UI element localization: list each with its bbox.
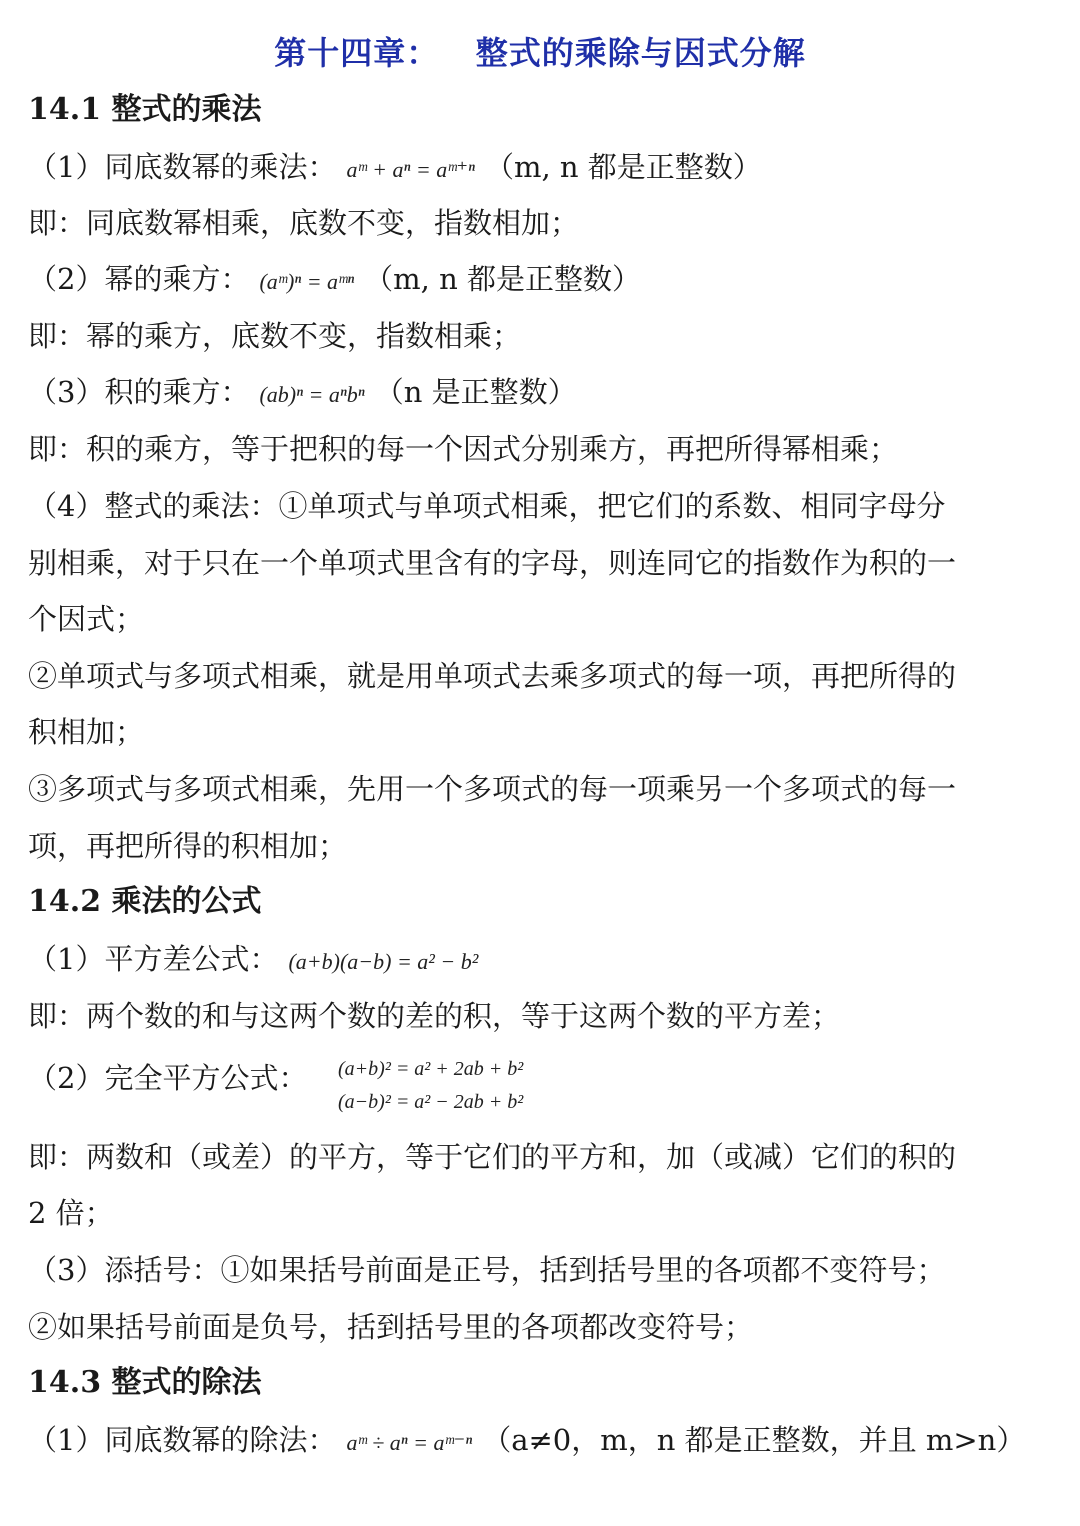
rule-3-line: （3）积的乘方：(ab)ⁿ = aⁿbⁿ（n 是正整数） xyxy=(28,372,1056,415)
paragraph-line: 别相乘，对于只在一个单项式里含有的字母，则连同它的指数作为积的一 xyxy=(28,543,1056,583)
paragraph-line: （4）整式的乘法：①单项式与单项式相乘，把它们的系数、相同字母分 xyxy=(28,486,1056,526)
section-heading-14-3: 14.3 整式的除法 xyxy=(28,1363,1056,1403)
paragraph-line: ③多项式与多项式相乘，先用一个多项式的每一项乘另一个多项式的每一 xyxy=(28,769,1056,809)
rule-difference-of-squares: （1）平方差公式：(a+b)(a−b) = a² − b² xyxy=(28,939,1056,982)
rule-note: （m, n 都是正整数） xyxy=(364,262,641,296)
section-heading-14-2: 14.2 乘法的公式 xyxy=(28,882,1056,922)
formula-square-of-difference: (a−b)² = a² − 2ab + b² xyxy=(338,1086,523,1119)
rule-label: （3）积的乘方： xyxy=(28,375,249,409)
explanation-line: 即：同底数幂相乘，底数不变，指数相加； xyxy=(28,203,1056,243)
rule-perfect-square-label: （2）完全平方公式： xyxy=(28,1058,1056,1098)
formula-power-quotient: aᵐ ÷ aⁿ = aᵐ⁻ⁿ xyxy=(346,1430,472,1455)
explanation-line: 2 倍； xyxy=(28,1193,1056,1233)
document-page: 第十四章： 整式的乘除与因式分解 14.1 整式的乘法 （1）同底数幂的乘法：a… xyxy=(0,0,1080,1526)
rule-label: （2）幂的乘方： xyxy=(28,262,249,296)
rule-label: （1）平方差公式： xyxy=(28,942,278,976)
explanation-line: 即：积的乘方，等于把积的每一个因式分别乘方，再把所得幂相乘； xyxy=(28,429,1056,469)
explanation-line: 即：幂的乘方，底数不变，指数相乘； xyxy=(28,316,1056,356)
rule-division-line: （1）同底数幂的除法：aᵐ ÷ aⁿ = aᵐ⁻ⁿ（a≠0，m，n 都是正整数，… xyxy=(28,1420,1056,1463)
section-heading-14-1: 14.1 整式的乘法 xyxy=(28,90,1056,130)
formula-power-of-power: (aᵐ)ⁿ = aᵐⁿ xyxy=(259,269,354,294)
paragraph-line: ②单项式与多项式相乘，就是用单项式去乘多项式的每一项，再把所得的 xyxy=(28,656,1056,696)
formula-difference-of-squares: (a+b)(a−b) = a² − b² xyxy=(288,949,478,974)
paragraph-line: 项，再把所得的积相加； xyxy=(28,826,1056,866)
paragraph-line: 积相加； xyxy=(28,712,1056,752)
explanation-line: 即：两个数的和与这两个数的差的积，等于这两个数的平方差； xyxy=(28,996,1056,1036)
rule-label: （1）同底数幂的除法： xyxy=(28,1423,336,1457)
paragraph-line: 个因式； xyxy=(28,599,1056,639)
rule-label: （1）同底数幂的乘法： xyxy=(28,150,336,184)
formula-square-of-sum: (a+b)² = a² + 2ab + b² xyxy=(338,1053,523,1086)
rule-1-line: （1）同底数幂的乘法：aᵐ + aⁿ = aᵐ⁺ⁿ（m, n 都是正整数） xyxy=(28,147,1056,190)
rule-note: （a≠0，m，n 都是正整数，并且 m>n） xyxy=(482,1423,1025,1457)
rule-note: （m, n 都是正整数） xyxy=(485,150,762,184)
chapter-title: 第十四章： 整式的乘除与因式分解 xyxy=(0,28,1080,74)
paragraph-line: ②如果括号前面是负号，括到括号里的各项都改变符号； xyxy=(28,1307,1056,1347)
formula-perfect-square-block: (a+b)² = a² + 2ab + b² (a−b)² = a² − 2ab… xyxy=(338,1053,523,1119)
rule-note: （n 是正整数） xyxy=(375,375,577,409)
rule-2-line: （2）幂的乘方：(aᵐ)ⁿ = aᵐⁿ（m, n 都是正整数） xyxy=(28,259,1056,302)
explanation-line: 即：两数和（或差）的平方，等于它们的平方和，加（或减）它们的积的 xyxy=(28,1137,1056,1177)
formula-power-of-product: (ab)ⁿ = aⁿbⁿ xyxy=(259,382,364,407)
paragraph-line: （3）添括号：①如果括号前面是正号，括到括号里的各项都不变符号； xyxy=(28,1250,1056,1290)
formula-power-product: aᵐ + aⁿ = aᵐ⁺ⁿ xyxy=(346,157,475,182)
